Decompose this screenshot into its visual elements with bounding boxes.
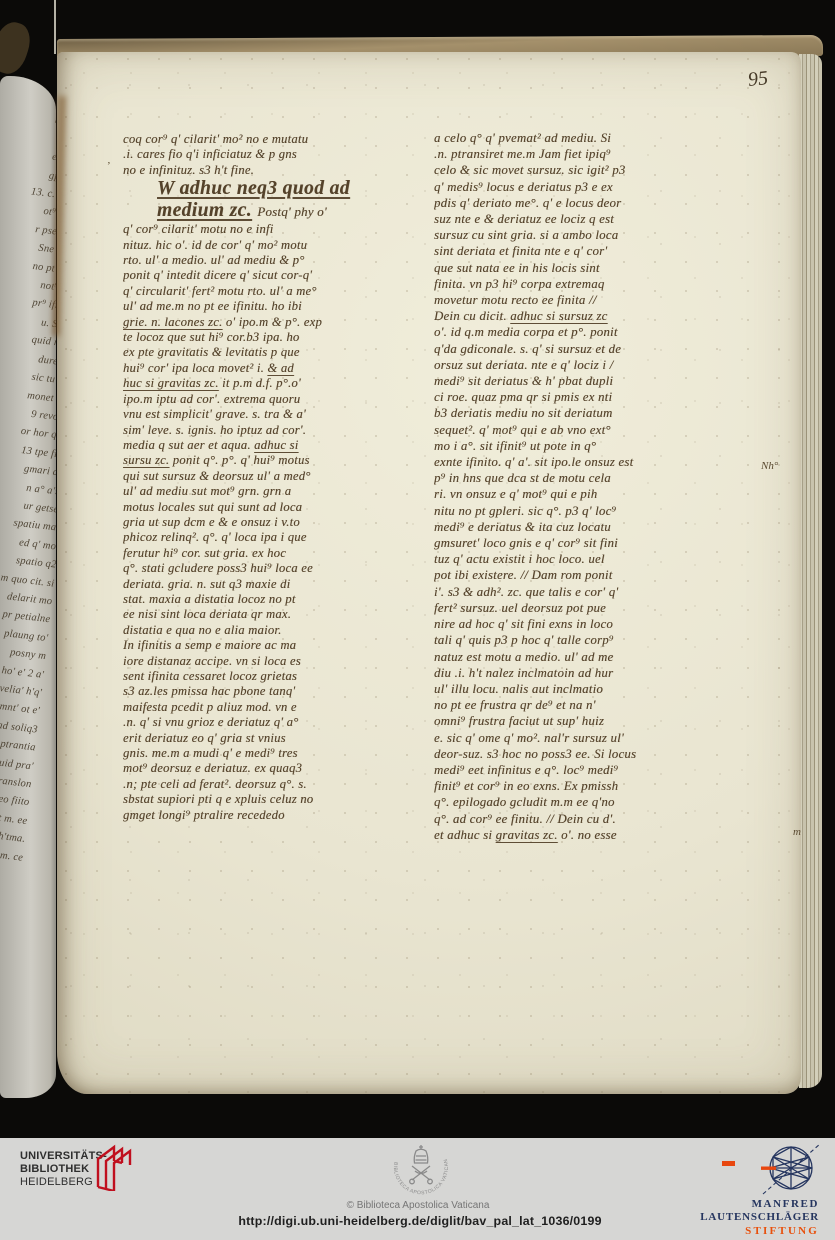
manuscript-line: ci roe. quaz pma qr si pmis ex nti xyxy=(434,389,764,405)
manuscript-line: nituz. hic o'. id de cor' q' mo² motu xyxy=(123,238,437,253)
manuscript-line: q' medis⁹ locus e deriatus p3 e ex xyxy=(434,179,764,195)
manuscript-line: no pt ee frustra qr de⁹ et na n' xyxy=(434,697,764,713)
manuscript-line: stat. maxia a distatia locoz no pt xyxy=(123,592,437,607)
manuscript-line: finit⁹ et cor⁹ in eo exns. Ex pmissh xyxy=(434,778,764,794)
manuscript-line: .n. q' si vnu grioz e deriatuz q' a° xyxy=(123,715,437,730)
manuscript-line: omni⁹ frustra faciut ut sup' huiz xyxy=(434,713,764,729)
page-stack-edge xyxy=(799,54,822,1088)
manuscript-line: .n; pte celi ad ferat². deorsuz q°. s. xyxy=(123,777,437,792)
manuscript-line: pdis q' deriato me°. q' e locus deor xyxy=(434,195,764,211)
manuscript-line: q°. ad cor⁹ ee finitu. // Dein cu d'. xyxy=(434,811,764,827)
margin-note: m xyxy=(793,826,801,838)
manuscript-line: In ifinitis a semp e maiore ac ma xyxy=(123,638,437,653)
manuscript-line: s3 az.les pmissa hac pbone tanq' xyxy=(123,684,437,699)
manuscript-line: sursu zc. ponit q°. p°. q' hui⁹ motus xyxy=(123,453,437,468)
stiftung-name-line1: MANFRED xyxy=(700,1198,819,1211)
vatican-seal-icon: BIBLIOTECA APOSTOLICA VATICANA xyxy=(388,1138,454,1200)
manuscript-line: movetur motu recto ee finita // xyxy=(434,292,764,308)
manuscript-line: orsuz sut deriata. nte e q' lociz i / xyxy=(434,357,764,373)
manuscript-line: i'. s3 & adh². zc. que talis e cor' q' xyxy=(434,584,764,600)
manuscript-line: vnu est simplicit' grave. s. tra & a' xyxy=(123,407,437,422)
manuscript-line: q'da gdiconale. s. q' si sursuz et de xyxy=(434,341,764,357)
manuscript-line: iore distanaz accipe. vn si loca es xyxy=(123,654,437,669)
manuscript-line: tuz q' actu existit i hoc loco. uel xyxy=(434,551,764,567)
folio-number: 95 xyxy=(747,67,769,92)
manuscript-line: a celo q° q' pvemat² ad mediu. Si xyxy=(434,130,764,146)
manuscript-line: gmget longi⁹ ptralire recededo xyxy=(123,808,437,823)
stiftung-name-line2: LAUTENSCHLÄGER xyxy=(700,1211,819,1224)
text-column-right: a celo q° q' pvemat² ad mediu. Si.n. ptr… xyxy=(434,130,764,843)
manuscript-line: nire ad hoc q' sit fini exns in loco xyxy=(434,616,764,632)
manuscript-line: huc si gravitas zc. it p.m d.f. p°.o' xyxy=(123,376,437,391)
manuscript-line: W adhuc neq3 quod ad xyxy=(123,178,437,200)
manuscript-page: 95 coq cor⁹ q' cilarit' mo² no e mutatu.… xyxy=(57,52,801,1094)
manuscript-line: ipo.m iptu ad cor'. extrema quoru xyxy=(123,392,437,407)
manuscript-line: p⁹ in hns que dca st de motu cela xyxy=(434,470,764,486)
page-url-link[interactable]: http://digi.ub.uni-heidelberg.de/diglit/… xyxy=(220,1214,620,1228)
manuscript-line: phicoz relinq². q°. q' loca ipa i que xyxy=(123,530,437,545)
manuscript-line: .n. ptransiret me.m Jam fiet ipiq⁹ xyxy=(434,146,764,162)
manuscript-line: gria ut sup dcm e & e onsuz i v.to xyxy=(123,515,437,530)
previous-page-text: n ab h's suarto. 3. 2 surmbr ill' nuea. … xyxy=(0,89,56,868)
book-photo: n ab h's suarto. 3. 2 surmbr ill' nuea. … xyxy=(0,0,835,1138)
stiftung-dash-icon xyxy=(722,1161,735,1166)
manuscript-line: exnte ifinito. q' a'. sit ipo.le onsuz e… xyxy=(434,454,764,470)
manuscript-line: no e infinituz. s3 h't fine. xyxy=(123,163,437,178)
manuscript-line: q°. stati gcludere poss3 hui⁹ loca ee xyxy=(123,561,437,576)
manuscript-line: que sut nata ee in his locis sint xyxy=(434,260,764,276)
manuscript-line: o'. id q.m media corpa et p°. ponit xyxy=(434,324,764,340)
margin-note: Nh° xyxy=(761,460,778,472)
manuscript-line: medi⁹ eet infinitus e q°. loc⁹ medi⁹ xyxy=(434,762,764,778)
manuscript-line: sint deriata et finita nte e q' cor' xyxy=(434,243,764,259)
manuscript-line: e. sic q' ome q' mo². nal'r sursuz ul' xyxy=(434,730,764,746)
manuscript-line: b3 deriatis mediu no sit deriatum xyxy=(434,405,764,421)
manuscript-line: erit deriatuz eo q' gria st vnius xyxy=(123,731,437,746)
margin-mark: ‚ xyxy=(107,154,111,166)
manuscript-line: Dein cu dicit. adhuc si sursuz zc xyxy=(434,308,764,324)
manuscript-line: diu .i. h't nalez inclmatoin ad hur xyxy=(434,665,764,681)
manuscript-line: sursuz cu sint gria. si a ambo loca xyxy=(434,227,764,243)
manuscript-line: tali q' quis p3 p hoc q' talle corp⁹ xyxy=(434,632,764,648)
manuscript-line: sim' leve. s. ignis. ho iptuz ad cor'. xyxy=(123,423,437,438)
manuscript-line: celo & sic movet sursuz. sic igit² p3 xyxy=(434,162,764,178)
manuscript-line: sbstat supiori pti q e xpluis celuz no xyxy=(123,792,437,807)
text-column-left: coq cor⁹ q' cilarit' mo² no e mutatu.i. … xyxy=(123,132,437,823)
manuscript-line: gnis. me.m a mudi q' e medi⁹ tres xyxy=(123,746,437,761)
stiftung-name: MANFRED LAUTENSCHLÄGER STIFTUNG xyxy=(700,1198,819,1238)
manuscript-line: suz nte e & deriatuz ee lociz q est xyxy=(434,211,764,227)
manuscript-line: rto. ul' a medio. ul' ad mediu & p° xyxy=(123,253,437,268)
manuscript-line: mo i a°. sit ifinit⁹ ut pote in q° xyxy=(434,438,764,454)
manuscript-line: medium zc. Postq' phy o' xyxy=(123,200,437,223)
manuscript-line: finita. vn p3 hi⁹ corpa extremaq xyxy=(434,276,764,292)
manuscript-line: media q sut aer et aqua. adhuc si xyxy=(123,438,437,453)
manuscript-line: gmsuret' loco gnis e q' cor⁹ sit fini xyxy=(434,535,764,551)
manuscript-line: q' circularit' fert² motu rto. ul' a me° xyxy=(123,284,437,299)
manuscript-line: sequet². q' mot⁹ qui e ab vno ext° xyxy=(434,422,764,438)
manuscript-line: ex pte gravitatis & levitatis p que xyxy=(123,345,437,360)
manuscript-line: ul' illu locu. nalis aut inclmatio xyxy=(434,681,764,697)
manuscript-line: pot ibi existere. // Dam rom ponit xyxy=(434,567,764,583)
manuscript-line: maifesta pcedit p aliuz mod. vn e xyxy=(123,700,437,715)
digitized-manuscript-viewer: n ab h's suarto. 3. 2 surmbr ill' nuea. … xyxy=(0,0,835,1240)
manuscript-line: ul' ad me.m no pt ee ifinitu. ho ibi xyxy=(123,299,437,314)
book-spine-top xyxy=(0,18,35,78)
manuscript-line: et adhuc si gravitas zc. o'. no esse xyxy=(434,827,764,843)
manuscript-line: deor-suz. s3 hoc no poss3 ee. Si locus xyxy=(434,746,764,762)
page-edge-sliver xyxy=(54,0,56,54)
manuscript-line: fert² sursuz. uel deorsuz pot pue xyxy=(434,600,764,616)
manuscript-line: q°. epilogado gcludit m.m ee q'no xyxy=(434,794,764,810)
manuscript-line: coq cor⁹ q' cilarit' mo² no e mutatu xyxy=(123,132,437,147)
stiftung-name-line3: STIFTUNG xyxy=(700,1224,819,1238)
manuscript-line: medi⁹ e deriatus & ita cuz locatu xyxy=(434,519,764,535)
manuscript-line: medi⁹ sit deriatus & h' pbat dupli xyxy=(434,373,764,389)
vatican-copyright: © Biblioteca Apostolica Vaticana xyxy=(318,1200,518,1211)
manuscript-line: deriata. gria. n. sut q3 maxie di xyxy=(123,577,437,592)
manuscript-line: ferutur hi⁹ cor. sut gria. ex hoc xyxy=(123,546,437,561)
manuscript-line: mot⁹ deorsuz e deriatuz. ex quaq3 xyxy=(123,761,437,776)
manuscript-line: q' cor⁹ cilarit' motu no e infi xyxy=(123,222,437,237)
manuscript-line: qui sut sursuz & deorsuz ul' a med° xyxy=(123,469,437,484)
ub-heidelberg-logo-icon xyxy=(84,1141,140,1191)
manuscript-line: natuz est motu a medio. ul' ad me xyxy=(434,649,764,665)
manuscript-line: grie. n. lacones zc. o' ipo.m & p°. exp xyxy=(123,315,437,330)
manuscript-line: ri. vn onsuz e q' mot⁹ qui e pih xyxy=(434,486,764,502)
manuscript-line: ul' ad mediu sut mot⁹ grn. grn a xyxy=(123,484,437,499)
manuscript-line: motus locales sut qui sunt ad loca xyxy=(123,500,437,515)
lautenschlaeger-logo-icon xyxy=(760,1141,824,1197)
manuscript-line: sent ifinita cessaret locoz grietas xyxy=(123,669,437,684)
manuscript-line: distatia e qua no e alia maior. xyxy=(123,623,437,638)
papal-keys-tiara-icon xyxy=(410,1145,433,1184)
manuscript-line: ee nisi sint loca deriata qr max. xyxy=(123,607,437,622)
manuscript-line: hui⁹ cor' ipa loca movet² i. & ad xyxy=(123,361,437,376)
manuscript-line: .i. cares fio q'i inficiatuz & p gns xyxy=(123,147,437,162)
manuscript-line: nitu no pt gpleri. sic q°. p3 q' loc⁹ xyxy=(434,503,764,519)
manuscript-line: te locoz que sut hi⁹ cor.b3 ipa. ho xyxy=(123,330,437,345)
footer-bar: UNIVERSITÄTS- BIBLIOTHEK HEIDELBERG BIBL… xyxy=(0,1138,835,1240)
previous-page-edge: n ab h's suarto. 3. 2 surmbr ill' nuea. … xyxy=(0,76,56,1098)
manuscript-line: ponit q' intedit dicere q' sicut cor-q' xyxy=(123,268,437,283)
